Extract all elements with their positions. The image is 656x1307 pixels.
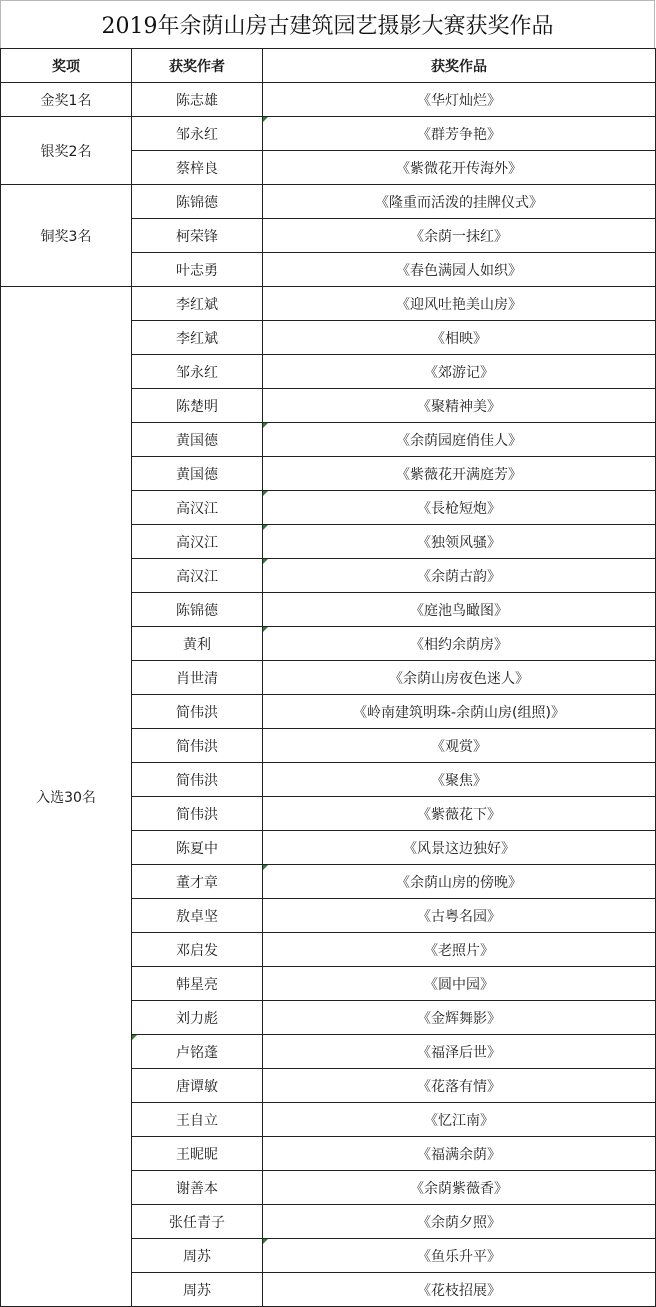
work-title-cell: 《相约余荫房》 — [263, 627, 656, 661]
author-cell: 黄国德 — [132, 423, 263, 457]
award-category-cell: 铜奖3名 — [1, 185, 132, 287]
author-cell: 黄国德 — [132, 457, 263, 491]
header-award: 奖项 — [1, 49, 132, 83]
author-cell: 简伟洪 — [132, 763, 263, 797]
author-cell: 高汉江 — [132, 559, 263, 593]
author-cell: 陈锦德 — [132, 185, 263, 219]
work-title-cell: 《余荫夕照》 — [263, 1205, 656, 1239]
author-cell: 陈志雄 — [132, 83, 263, 117]
work-title-cell: 《岭南建筑明珠-余荫山房(组照)》 — [263, 695, 656, 729]
page-title: 2019年余荫山房古建筑园艺摄影大赛获奖作品 — [0, 0, 655, 48]
table-row: 金奖1名陈志雄《华灯灿烂》 — [1, 83, 656, 117]
work-title-cell: 《花枝招展》 — [263, 1273, 656, 1307]
work-title-cell: 《福满余荫》 — [263, 1137, 656, 1171]
work-title-cell: 《隆重而活泼的挂牌仪式》 — [263, 185, 656, 219]
author-cell: 周苏 — [132, 1239, 263, 1273]
author-cell: 陈夏中 — [132, 831, 263, 865]
award-category-cell: 金奖1名 — [1, 83, 132, 117]
work-title-cell: 《紫微花开传海外》 — [263, 151, 656, 185]
author-cell: 黄利 — [132, 627, 263, 661]
author-cell: 敖卓坚 — [132, 899, 263, 933]
author-cell: 陈楚明 — [132, 389, 263, 423]
author-cell: 邹永红 — [132, 355, 263, 389]
work-title-cell: 《忆江南》 — [263, 1103, 656, 1137]
work-title-cell: 《庭池鸟瞰图》 — [263, 593, 656, 627]
work-title-cell: 《相映》 — [263, 321, 656, 355]
author-cell: 高汉江 — [132, 491, 263, 525]
award-category-cell: 银奖2名 — [1, 117, 132, 185]
author-cell: 陈锦德 — [132, 593, 263, 627]
work-title-cell: 《余荫山房的傍晚》 — [263, 865, 656, 899]
author-cell: 蔡梓良 — [132, 151, 263, 185]
author-cell: 李红斌 — [132, 321, 263, 355]
work-title-cell: 《风景这边独好》 — [263, 831, 656, 865]
author-cell: 周苏 — [132, 1273, 263, 1307]
work-title-cell: 《华灯灿烂》 — [263, 83, 656, 117]
work-title-cell: 《聚精神美》 — [263, 389, 656, 423]
author-cell: 李红斌 — [132, 287, 263, 321]
spreadsheet-page: 2019年余荫山房古建筑园艺摄影大赛获奖作品 奖项 获奖作者 获奖作品 金奖1名… — [0, 0, 656, 1307]
author-cell: 王自立 — [132, 1103, 263, 1137]
work-title-cell: 《迎风吐艳美山房》 — [263, 287, 656, 321]
award-category-cell: 入选30名 — [1, 287, 132, 1307]
work-title-cell: 《余荫一抹红》 — [263, 219, 656, 253]
work-title-cell: 《群芳争艳》 — [263, 117, 656, 151]
author-cell: 叶志勇 — [132, 253, 263, 287]
author-cell: 肖世清 — [132, 661, 263, 695]
author-cell: 柯荣锋 — [132, 219, 263, 253]
author-cell: 谢善本 — [132, 1171, 263, 1205]
author-cell: 简伟洪 — [132, 729, 263, 763]
header-row: 奖项 获奖作者 获奖作品 — [1, 49, 656, 83]
author-cell: 邓启发 — [132, 933, 263, 967]
author-cell: 张任青子 — [132, 1205, 263, 1239]
header-work: 获奖作品 — [263, 49, 656, 83]
table-row: 铜奖3名陈锦德《隆重而活泼的挂牌仪式》 — [1, 185, 656, 219]
work-title-cell: 《福泽后世》 — [263, 1035, 656, 1069]
author-cell: 邹永红 — [132, 117, 263, 151]
header-author: 获奖作者 — [132, 49, 263, 83]
author-cell: 刘力彪 — [132, 1001, 263, 1035]
work-title-cell: 《圆中园》 — [263, 967, 656, 1001]
author-cell: 韩星亮 — [132, 967, 263, 1001]
work-title-cell: 《花落有情》 — [263, 1069, 656, 1103]
work-title-cell: 《余荫园庭俏佳人》 — [263, 423, 656, 457]
work-title-cell: 《金辉舞影》 — [263, 1001, 656, 1035]
table-row: 银奖2名邹永红《群芳争艳》 — [1, 117, 656, 151]
work-title-cell: 《古粤名园》 — [263, 899, 656, 933]
work-title-cell: 《余荫紫薇香》 — [263, 1171, 656, 1205]
awards-body: 金奖1名陈志雄《华灯灿烂》银奖2名邹永红《群芳争艳》蔡梓良《紫微花开传海外》铜奖… — [1, 83, 656, 1307]
work-title-cell: 《观赏》 — [263, 729, 656, 763]
author-cell: 王昵昵 — [132, 1137, 263, 1171]
author-cell: 唐谭敏 — [132, 1069, 263, 1103]
work-title-cell: 《鱼乐升平》 — [263, 1239, 656, 1273]
work-title-cell: 《余荫山房夜色迷人》 — [263, 661, 656, 695]
work-title-cell: 《紫薇花下》 — [263, 797, 656, 831]
work-title-cell: 《郊游记》 — [263, 355, 656, 389]
awards-table: 奖项 获奖作者 获奖作品 金奖1名陈志雄《华灯灿烂》银奖2名邹永红《群芳争艳》蔡… — [0, 48, 656, 1307]
work-title-cell: 《独领风骚》 — [263, 525, 656, 559]
work-title-cell: 《紫薇花开满庭芳》 — [263, 457, 656, 491]
work-title-cell: 《春色满园人如织》 — [263, 253, 656, 287]
work-title-cell: 《聚焦》 — [263, 763, 656, 797]
author-cell: 简伟洪 — [132, 695, 263, 729]
author-cell: 高汉江 — [132, 525, 263, 559]
author-cell: 简伟洪 — [132, 797, 263, 831]
author-cell: 董才章 — [132, 865, 263, 899]
table-row: 入选30名李红斌《迎风吐艳美山房》 — [1, 287, 656, 321]
work-title-cell: 《老照片》 — [263, 933, 656, 967]
author-cell: 卢铭蓬 — [132, 1035, 263, 1069]
work-title-cell: 《余荫古韵》 — [263, 559, 656, 593]
work-title-cell: 《長枪短炮》 — [263, 491, 656, 525]
